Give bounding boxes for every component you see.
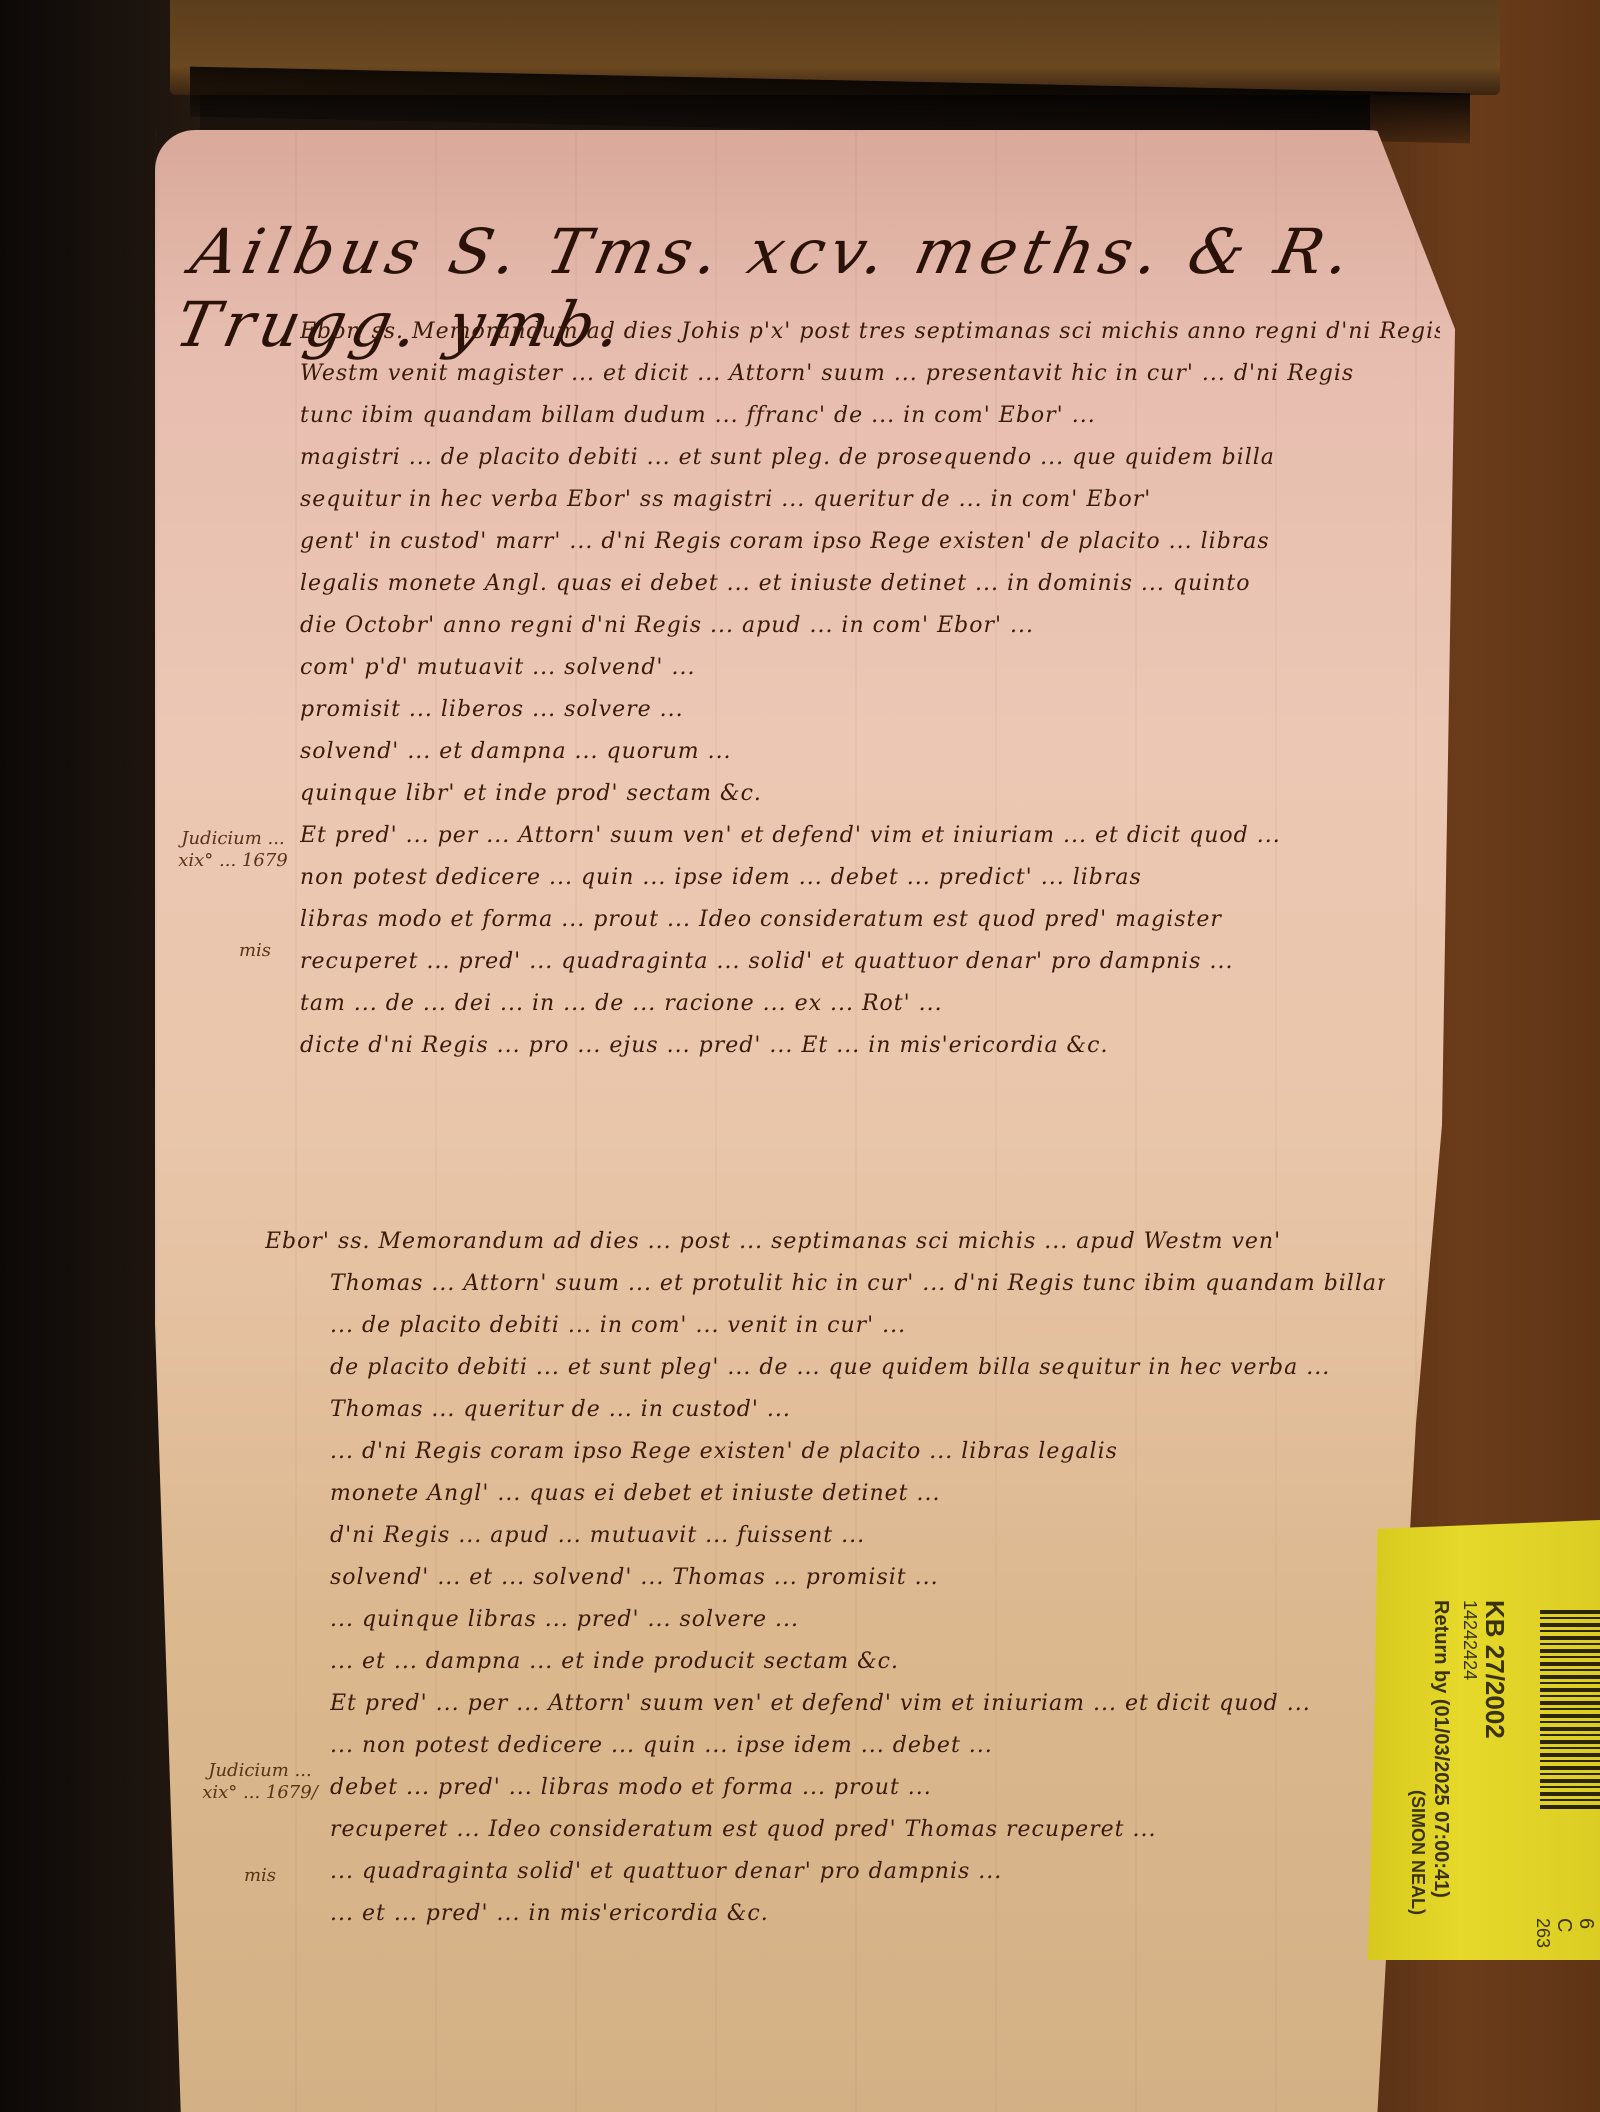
slip-location-2: C: [1552, 1918, 1575, 1932]
entry-line: ... et ... pred' ... in mis'ericordia &c…: [330, 1900, 1385, 1928]
entry-line: quinque libr' et inde prod' sectam &c.: [300, 780, 1440, 808]
entry-line: gent' in custod' marr' ... d'ni Regis co…: [300, 528, 1440, 556]
entry-line: ... non potest dedicere ... quin ... ips…: [330, 1732, 1385, 1760]
entry-line: ... quinque libras ... pred' ... solvere…: [330, 1606, 1385, 1634]
entry-line: ... d'ni Regis coram ipso Rege existen' …: [330, 1438, 1385, 1466]
entry-line: sequitur in hec verba Ebor' ss magistri …: [300, 486, 1440, 514]
entry-line: tam ... de ... dei ... in ... de ... rac…: [300, 990, 1440, 1018]
entry-line: Westm venit magister ... et dicit ... At…: [300, 360, 1440, 388]
entry-line: tunc ibim quandam billam dudum ... ffran…: [300, 402, 1440, 430]
entry-line: recuperet ... pred' ... quadraginta ... …: [300, 948, 1440, 976]
entry-line: magistri ... de placito debiti ... et su…: [300, 444, 1440, 472]
entry-line: die Octobr' anno regni d'ni Regis ... ap…: [300, 612, 1440, 640]
entry-line: de placito debiti ... et sunt pleg' ... …: [330, 1354, 1385, 1382]
entry-line: promisit ... liberos ... solvere ...: [300, 696, 1440, 724]
entry-line: debet ... pred' ... libras modo et forma…: [330, 1774, 1385, 1802]
slip-return-by: Return by (01/03/2025 07:00:41): [1429, 1600, 1452, 1898]
entry-line: monete Angl' ... quas ei debet et iniust…: [330, 1480, 1385, 1508]
slip-number: 14242424: [1459, 1600, 1480, 1680]
slip-location-1: 6: [1574, 1918, 1597, 1929]
margin-note-judgment-2: Judicium ... xix° ... 1679/: [200, 1760, 320, 1804]
entry-line: com' p'd' mutuavit ... solvend' ...: [300, 654, 1440, 682]
entry-2: Ebor' ss. Memorandum ad dies ... post ..…: [265, 1228, 1385, 1942]
entry-line: d'ni Regis ... apud ... mutuavit ... fui…: [330, 1522, 1385, 1550]
entry-line: Ebor' ss. Memorandum ad dies ... post ..…: [265, 1228, 1385, 1256]
entry-line: Thomas ... Attorn' suum ... et protulit …: [330, 1270, 1385, 1298]
entry-line: non potest dedicere ... quin ... ipse id…: [300, 864, 1440, 892]
entry-line: Ebor. ss. Memorandum ad dies Johis p'x' …: [300, 318, 1440, 346]
entry-line: Et pred' ... per ... Attorn' suum ven' e…: [300, 822, 1440, 850]
entry-line: legalis monete Angl. quas ei debet ... e…: [300, 570, 1440, 598]
entry-line: Et pred' ... per ... Attorn' suum ven' e…: [330, 1690, 1385, 1718]
margin-note-misericordia-2: mis: [235, 1865, 285, 1887]
entry-line: solvend' ... et dampna ... quorum ...: [300, 738, 1440, 766]
entry-line: ... et ... dampna ... et inde producit s…: [330, 1648, 1385, 1676]
barcode: [1540, 1610, 1600, 1810]
slip-reference: KB 27/2002: [1479, 1600, 1510, 1739]
slip-location-3: 263: [1532, 1918, 1553, 1948]
margin-note-judgment-1: Judicium ... xix° ... 1679: [168, 828, 298, 872]
entry-line: solvend' ... et ... solvend' ... Thomas …: [330, 1564, 1385, 1592]
entry-line: libras modo et forma ... prout ... Ideo …: [300, 906, 1440, 934]
entry-line: dicte d'ni Regis ... pro ... ejus ... pr…: [300, 1032, 1440, 1060]
slip-reader: (SIMON NEAL): [1407, 1790, 1428, 1915]
margin-note-misericordia-1: mis: [230, 940, 280, 962]
entry-line: ... de placito debiti ... in com' ... ve…: [330, 1312, 1385, 1340]
entry-line: ... quadraginta solid' et quattuor denar…: [330, 1858, 1385, 1886]
entry-line: Thomas ... queritur de ... in custod' ..…: [330, 1396, 1385, 1424]
entry-line: recuperet ... Ideo consideratum est quod…: [330, 1816, 1385, 1844]
entry-1: Ebor. ss. Memorandum ad dies Johis p'x' …: [300, 318, 1440, 1074]
